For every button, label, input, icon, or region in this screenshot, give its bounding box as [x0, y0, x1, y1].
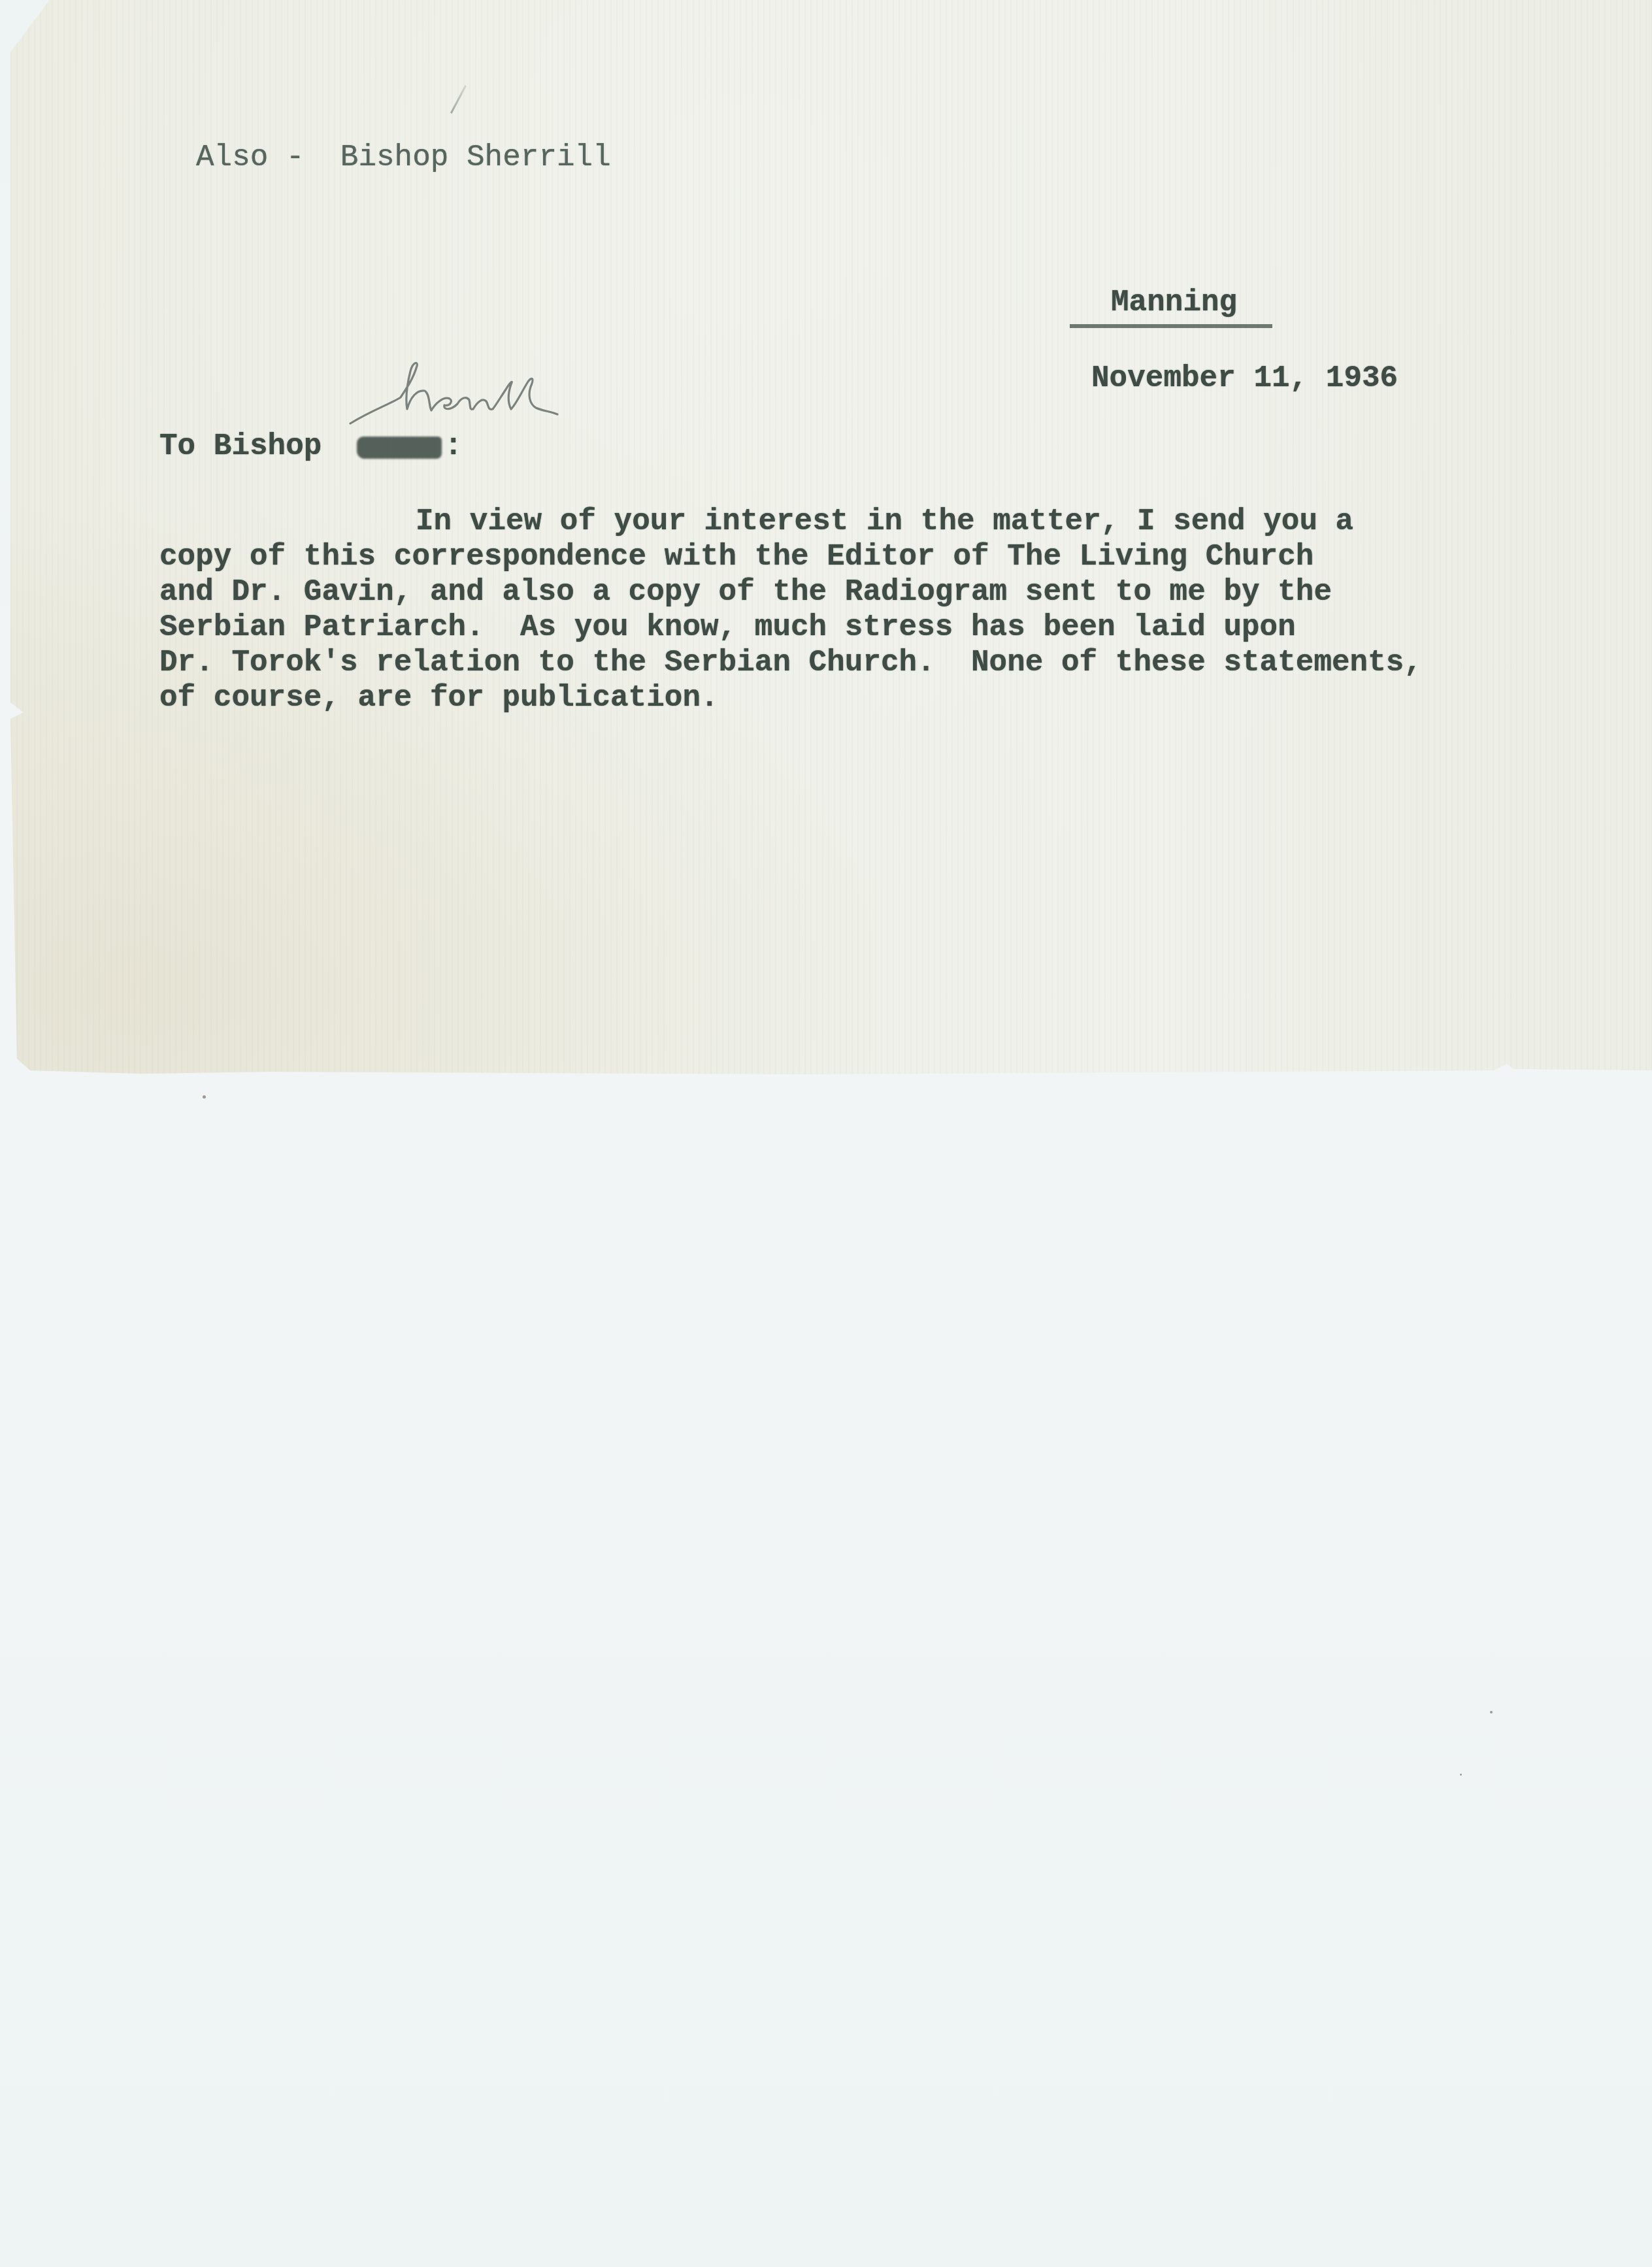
letter-date: November 11, 1936 — [1091, 363, 1398, 393]
body-line: of course, are for publication. — [159, 683, 719, 713]
body-line: Dr. Torok's relation to the Serbian Chur… — [159, 648, 1422, 678]
struck-out-name — [357, 437, 442, 459]
cc-note: Also - Bishop Sherrill — [196, 142, 611, 173]
body-line: In view of your interest in the matter, … — [416, 506, 1353, 537]
body-line: and Dr. Gavin, and also a copy of the Ra… — [159, 577, 1332, 607]
salutation-colon: : — [444, 431, 463, 461]
scan-speck — [203, 1095, 206, 1099]
handwriting-sherrill-icon — [345, 358, 561, 430]
body-line: Serbian Patriarch. As you know, much str… — [159, 612, 1296, 642]
handwritten-correction: Sherrill — [345, 358, 561, 430]
salutation-prefix: To Bishop — [159, 431, 340, 461]
sender-name: Manning — [1111, 288, 1237, 318]
scan-speck — [1490, 1711, 1493, 1713]
body-line: copy of this correspondence with the Edi… — [159, 542, 1313, 572]
scan-speck — [1460, 1774, 1462, 1776]
sender-underline — [1070, 324, 1272, 328]
